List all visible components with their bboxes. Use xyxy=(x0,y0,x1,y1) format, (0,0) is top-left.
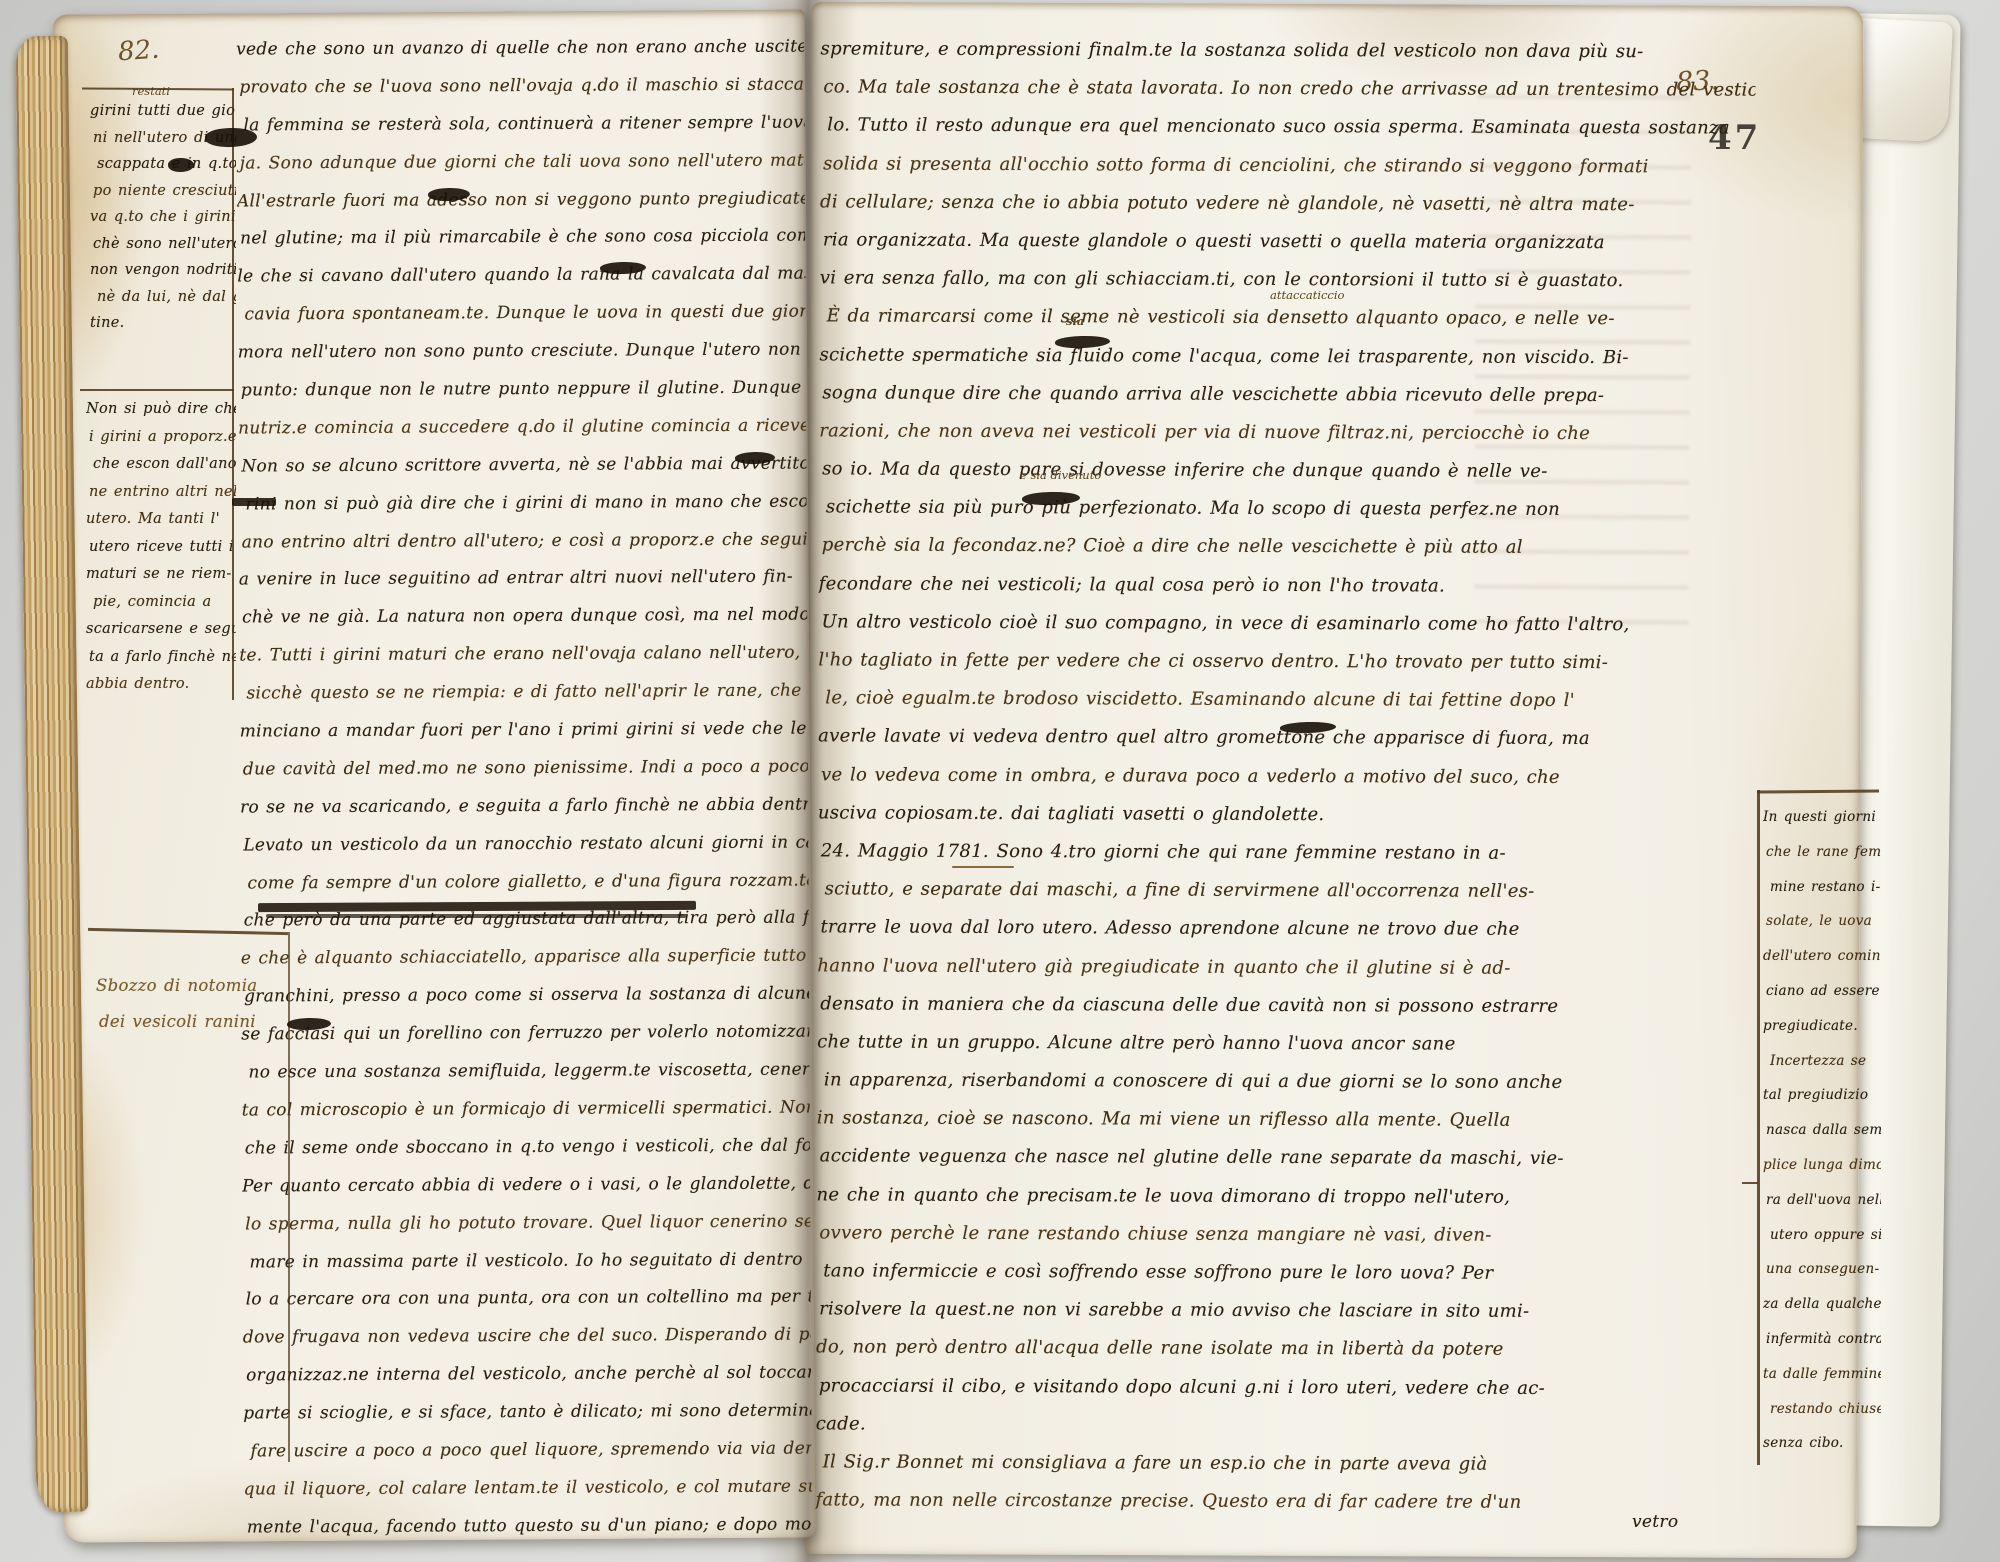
margin-rule-vertical xyxy=(232,88,234,700)
margin-note-line: una conseguen- xyxy=(1763,1252,1881,1287)
manuscript-line: Il Sig.r Bonnet mi consigliava a fare un… xyxy=(816,1443,1751,1484)
manuscript-line: di cellulare; senza che io abbia potuto … xyxy=(820,183,1755,224)
margin-note-line: ciano ad essere xyxy=(1763,974,1881,1009)
manuscript-line: ano entrino altri dentro all'utero; e co… xyxy=(239,521,807,562)
margin-note-line: Sbozzo di notomia xyxy=(96,968,296,1004)
manuscript-line: ne che in quanto che precisam.te le uova… xyxy=(816,1176,1751,1217)
manuscript-line: Levato un vesticolo da un ranocchio rest… xyxy=(240,824,808,865)
manuscript-line: provato che se l'uova sono nell'ovaja q.… xyxy=(236,66,804,107)
margin-note-line: za della qualche xyxy=(1763,1287,1881,1322)
manuscript-line: sicchè questo se ne riempia: e di fatto … xyxy=(239,673,807,714)
manuscript-line: te. Tutti i girini maturi che erano nell… xyxy=(239,635,807,676)
manuscript-line: in sostanza, cioè se nascono. Ma mi vien… xyxy=(817,1100,1752,1141)
margin-note-line: i girini a proporz.e xyxy=(86,424,236,452)
manuscript-line: solida si presenta all'occhio sotto form… xyxy=(820,145,1755,186)
manuscript-line: lo sperma, nulla gli ho potuto trovare. … xyxy=(242,1203,810,1244)
margin-note-line: va q.to che i girini fin- xyxy=(90,204,236,231)
right-page-text: spremiture, e compressioni finalm.te la … xyxy=(815,30,1755,1529)
page-number-left: 82. xyxy=(117,35,160,68)
manuscript-line: razioni, che non aveva nei vesticoli per… xyxy=(819,412,1754,453)
margin-rule xyxy=(80,389,234,391)
margin-note-line: Incertezza se xyxy=(1763,1044,1881,1079)
margin-rule-tick xyxy=(1742,1182,1758,1184)
manuscript-line: cade. xyxy=(816,1405,1751,1446)
manuscript-line: rini non si può già dire che i girini di… xyxy=(238,483,806,524)
manuscript-line: perchè sia la fecondaz.ne? Cioè a dire c… xyxy=(819,527,1754,568)
underline-mark xyxy=(952,866,1014,868)
interlinear-word: sia xyxy=(1066,314,1084,328)
margin-note-line: abbia dentro. xyxy=(86,671,236,699)
strikethrough-mark xyxy=(266,914,686,918)
manuscript-photo: 82. 83. 47 vede che sono un avanzo di qu… xyxy=(0,0,2000,1562)
margin-note-line: utero riceve tutti i xyxy=(86,534,236,562)
margin-note-line: scaricarsene e segui- xyxy=(86,616,236,644)
manuscript-line: procacciarsi il cibo, e visitando dopo a… xyxy=(816,1367,1751,1408)
manuscript-line: vede che sono un avanzo di quelle che no… xyxy=(236,29,804,70)
manuscript-line: scichette sia più puro più perfezionato.… xyxy=(819,489,1754,530)
manuscript-line: tano infermiccie e così soffrendo esse s… xyxy=(816,1252,1751,1293)
manuscript-line: minciano a mandar fuori per l'ano i prim… xyxy=(240,711,808,752)
manuscript-line: che il seme onde sboccano in q.to vengo … xyxy=(242,1127,810,1168)
margin-note-line: In questi giorni xyxy=(1763,800,1881,835)
manuscript-line: ta col microscopio è un formicajo di ver… xyxy=(242,1089,810,1130)
margin-note-line: che escon dall'ano, xyxy=(86,451,236,479)
left-page-text: vede che sono un avanzo di quelle che no… xyxy=(236,29,812,1552)
manuscript-line: l'ho tagliato in fette per vedere che ci… xyxy=(818,641,1753,682)
margin-note-line: dei vesicoli ranini xyxy=(96,1004,296,1040)
manuscript-line: hanno l'uova nell'utero già pregiudicate… xyxy=(817,947,1752,988)
manuscript-line: ve lo vedeva come in ombra, e durava poc… xyxy=(818,756,1753,797)
manuscript-line: due cavità del med.mo ne sono pienissime… xyxy=(240,748,808,789)
manuscript-line: mente l'acqua, facendo tutto questo su d… xyxy=(244,1506,812,1547)
manuscript-line: chè ve ne già. La natura non opera dunqu… xyxy=(239,597,807,638)
manuscript-line: cavia fuora spontaneam.te. Dunque le uov… xyxy=(237,294,805,335)
manuscript-line: in apparenza, riserbandomi a conoscere d… xyxy=(817,1061,1752,1102)
manuscript-line: lo a cercare ora con una punta, ora con … xyxy=(243,1279,811,1320)
manuscript-line: ria organizzata. Ma queste glandole o qu… xyxy=(820,221,1755,262)
manuscript-line: Un altro vesticolo cioè il suo compagno,… xyxy=(818,603,1753,644)
manuscript-line: fatto, ma non nelle circostanze precise.… xyxy=(815,1481,1750,1522)
margin-note-utero: Non si può dire chei girini a proporz.ec… xyxy=(86,396,236,699)
manuscript-line: a venire in luce seguitino ad entrar alt… xyxy=(239,559,807,600)
manuscript-line: le che si cavano dall'utero quando la ra… xyxy=(237,256,805,297)
manuscript-line: come fa sempre d'un colore gialletto, e … xyxy=(240,862,808,903)
margin-note-line: mine restano i- xyxy=(1763,870,1881,905)
margin-note-line: scappata e in q.to tem- xyxy=(90,151,236,178)
margin-note-line: nè da lui, nè dal glu- xyxy=(90,284,236,311)
manuscript-line: ro se ne va scaricando, e seguita a farl… xyxy=(240,786,808,827)
interlinear-word: attaccaticcio xyxy=(1270,288,1344,302)
manuscript-line: nutriz.e comincia a succedere q.do il gl… xyxy=(238,407,806,448)
manuscript-line: sogna dunque dire che quando arriva alle… xyxy=(819,374,1754,415)
margin-note-sbozzo: Sbozzo di notomiadei vesicoli ranini xyxy=(96,968,296,1040)
manuscript-line: risolvere la quest.ne non vi sarebbe a m… xyxy=(816,1291,1751,1332)
manuscript-line: scichette spermatiche sia fluido come l'… xyxy=(819,336,1754,377)
manuscript-line: Per quanto cercato abbia di vedere o i v… xyxy=(242,1165,810,1206)
margin-note-line: ra dell'uova nell' xyxy=(1763,1183,1881,1218)
manuscript-line: dove frugava non vedeva uscire che del s… xyxy=(243,1317,811,1358)
catchword: vetro xyxy=(1632,1512,1678,1532)
margin-note-line: po niente cresciuti. Pro- xyxy=(90,178,236,205)
manuscript-line: co. Ma tale sostanza che è stata lavorat… xyxy=(820,69,1755,110)
manuscript-line: trarre le uova dal loro utero. Adesso ap… xyxy=(817,909,1752,950)
manuscript-line: accidente veguenza che nasce nel glutine… xyxy=(817,1138,1752,1179)
margin-note-line: maturi se ne riem- xyxy=(86,561,236,589)
margin-note-line: chè sono nell'utero xyxy=(90,231,236,258)
manuscript-line: la femmina se resterà sola, continuerà a… xyxy=(236,104,804,145)
manuscript-line: Non so se alcuno scrittore avverta, nè s… xyxy=(238,445,806,486)
manuscript-line: lo. Tutto il resto adunque era quel menc… xyxy=(820,107,1755,148)
manuscript-line: mora nell'utero non sono punto cresciute… xyxy=(238,332,806,373)
manuscript-line: fare uscire a poco a poco quel liquore, … xyxy=(243,1430,811,1471)
interlinear-word: restati xyxy=(132,84,170,98)
margin-note-line: ne entrino altri nell' xyxy=(86,479,236,507)
manuscript-line: ja. Sono adunque due giorni che tali uov… xyxy=(237,142,805,183)
manuscript-line: mare in massima parte il vesticolo. Io h… xyxy=(242,1241,810,1282)
margin-note-line: Non si può dire che xyxy=(86,396,236,424)
margin-note-line: pie, comincia a xyxy=(86,589,236,617)
manuscript-line: punto: dunque non le nutre punto neppure… xyxy=(238,370,806,411)
manuscript-line: parte si scioglie, e si sface, tanto è d… xyxy=(243,1393,811,1434)
manuscript-line: densato in maniera che da ciascuna delle… xyxy=(817,985,1752,1026)
manuscript-line: qua il liquore, col calare lentam.te il … xyxy=(244,1468,812,1509)
margin-rule-vertical xyxy=(288,932,290,1462)
manuscript-line: È da rimarcarsi come il seme nè vesticol… xyxy=(820,298,1755,339)
manuscript-line: organizzaz.ne interna del vesticolo, anc… xyxy=(243,1355,811,1396)
margin-note-incertezza: In questi giorniche le rane fem-mine res… xyxy=(1763,800,1881,1461)
manuscript-line: All'estrarle fuori ma adesso non si vegg… xyxy=(237,180,805,221)
margin-note-line: girini tutti due gior- xyxy=(90,98,236,125)
manuscript-line: nel glutine; ma il più rimarcabile è che… xyxy=(237,218,805,259)
margin-note-line: plice lunga dimo- xyxy=(1763,1148,1881,1183)
margin-note-line: utero oppure sia xyxy=(1763,1218,1881,1253)
margin-note-line: senza cibo. xyxy=(1763,1426,1881,1461)
manuscript-line: granchini, presso a poco come si osserva… xyxy=(241,976,809,1017)
manuscript-line: e che è alquanto schiacciatello, apparis… xyxy=(241,938,809,979)
margin-note-line: tine. xyxy=(90,310,236,337)
margin-note-line: ta dalle femmine xyxy=(1763,1357,1881,1392)
manuscript-line: sciutto, e separate dai maschi, a fine d… xyxy=(818,870,1753,911)
manuscript-line: fecondare che nei vesticoli; la qual cos… xyxy=(819,565,1754,606)
margin-note-line: dell'utero comin- xyxy=(1763,939,1881,974)
margin-note-line: che le rane fem- xyxy=(1763,835,1881,870)
manuscript-line: ovvero perchè le rane restando chiuse se… xyxy=(816,1214,1751,1255)
manuscript-line: le, cioè egualm.te brodoso viscidetto. E… xyxy=(818,680,1753,721)
manuscript-line: no esce una sostanza semifluida, leggerm… xyxy=(241,1052,809,1093)
strikethrough-mark xyxy=(232,498,276,506)
margin-note-line: infermità contrat- xyxy=(1763,1322,1881,1357)
margin-rule-vertical xyxy=(1757,790,1760,1465)
manuscript-line: che tutte in un gruppo. Alcune altre per… xyxy=(817,1023,1752,1064)
margin-note-line: ta a farlo finchè ne xyxy=(86,644,236,672)
margin-note-line: restando chiuse xyxy=(1763,1392,1881,1427)
margin-note-line: tal pregiudizio xyxy=(1763,1078,1881,1113)
margin-note-line: nasca dalla sem- xyxy=(1763,1113,1881,1148)
margin-note-line: solate, le uova xyxy=(1763,904,1881,939)
manuscript-line: do, non però dentro all'acqua delle rane… xyxy=(816,1329,1751,1370)
manuscript-line: so io. Ma da questo pare si dovesse infe… xyxy=(819,450,1754,491)
margin-note-line: utero. Ma tanti l' xyxy=(86,506,236,534)
margin-note-line: non vengon nodriti xyxy=(90,257,236,284)
margin-note-line: pregiudicate. xyxy=(1763,1009,1881,1044)
manuscript-line: spremiture, e compressioni finalm.te la … xyxy=(820,30,1755,71)
manuscript-line: usciva copiosam.te. dai tagliati vasetti… xyxy=(818,794,1753,835)
interlinear-word: e sia divenuto xyxy=(1020,468,1101,482)
